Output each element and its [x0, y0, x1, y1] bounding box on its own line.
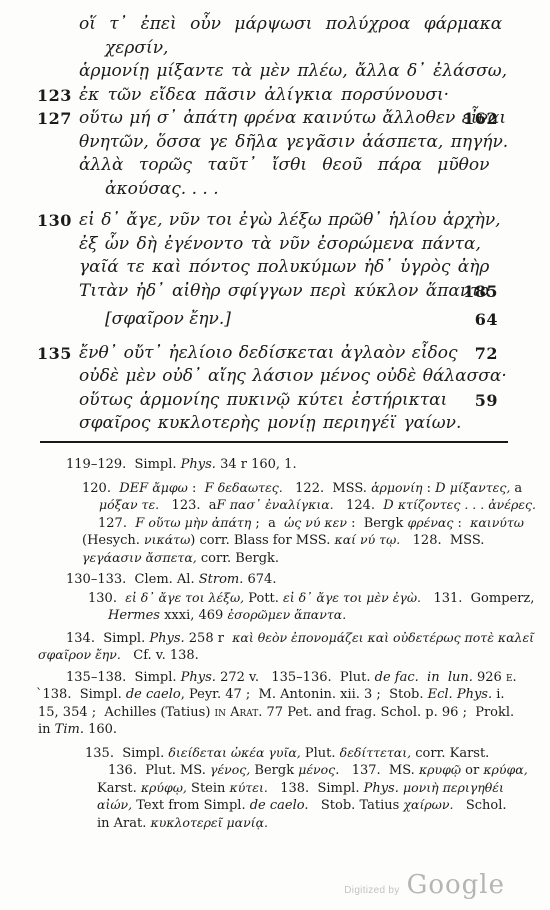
book-page: οἵ τ᾽ ἐπεὶ οὖν μάρψωσι πολύχροα φάρμακαχ… — [0, 0, 550, 910]
apparatus-run: μίξαντες, — [450, 480, 511, 495]
apparatus-divider — [40, 441, 508, 443]
verse-text: εἰ δ᾽ ἄγε, νῦν τοι ἐγὼ λέξω πρῶθ᾽ ἡλίου … — [79, 209, 501, 233]
apparatus-run: de caelo. — [250, 798, 309, 813]
apparatus-run: μονιὴ περιγηθέι — [403, 780, 504, 795]
apparatus-run: Plut. — [301, 746, 340, 761]
verse-number-right: 72 — [475, 342, 498, 366]
watermark: Digitized by Google — [344, 870, 505, 900]
apparatus-run: 119–129. Simpl. — [66, 457, 181, 472]
apparatus-run: 130. — [88, 591, 125, 606]
apparatus-run: εἰ δ᾽ ἄγε τοι μὲν ἐγὼ. — [283, 590, 421, 605]
apparatus-run: γένος, — [210, 762, 250, 777]
verse-line: ἐξ ὧν δὴ ἐγένοντο τὰ νῦν ἐσορώμενα πάντα… — [0, 233, 550, 257]
apparatus-line: 127. F οὕτω μὴν ἀπάτη ; a ὡς νύ κεν : Be… — [98, 514, 550, 532]
apparatus-run: 135–138. Simpl. — [66, 670, 181, 685]
apparatus-block: 119–129. Simpl. Phys. 34 r 160, 1.120. D… — [0, 456, 550, 831]
apparatus-run: Pott. — [244, 591, 283, 606]
verse-text: ἐκ τῶν εἴδεα πᾶσιν ἀλίγκια πορσύνουσι· — [79, 84, 449, 108]
apparatus-run: διείδεται ὠκέα γυῖα, — [168, 745, 300, 760]
apparatus-run: corr. Karst. — [411, 746, 489, 761]
apparatus-run: 131. Gomperz, — [421, 591, 534, 606]
verse-line: οἵ τ᾽ ἐπεὶ οὖν μάρψωσι πολύχροα φάρμακα — [0, 13, 550, 37]
apparatus-line: 130–133. Clem. Al. Strom. 674. — [66, 571, 550, 589]
google-logo: Google — [407, 870, 505, 900]
apparatus-run: Phys. — [181, 670, 216, 685]
apparatus-run: 77 Pet. and frag. Schol. p. 96 ; Prokl. — [262, 705, 514, 720]
apparatus-line: 120. DEF ἄμφω : F δεδαωτες. 122. MSS. ἁρ… — [82, 479, 550, 497]
apparatus-run: corr. Bergk. — [197, 551, 279, 566]
apparatus-run: in Arat. — [215, 705, 263, 720]
verse-number-right: 59 — [475, 389, 498, 413]
apparatus-run: 130–133. Clem. Al. — [66, 572, 199, 587]
verse-line: οὐδὲ μὲν οὐδ᾽ αἴης λάσιον μένος οὐδὲ θάλ… — [0, 365, 550, 389]
verse-text: ἐξ ὧν δὴ ἐγένοντο τὰ νῦν ἐσορώμενα πάντα… — [79, 233, 481, 257]
apparatus-line: (Hesych. νικάτω) corr. Blass for MSS. κα… — [82, 531, 550, 549]
apparatus-run: καὶ θεὸν ἐπονομάζει καὶ οὐδετέρως ποτὲ κ… — [232, 630, 534, 645]
verse-text: ἔνθ᾽ οὔτ᾽ ἠελίοιο δεδίσκεται ἀγλαὸν εἶδο… — [79, 342, 458, 366]
apparatus-run: 15, 354 ; Achilles (Tatius) — [38, 705, 215, 720]
apparatus-run: μένος — [298, 762, 335, 777]
apparatus-run: κύτει. — [230, 780, 268, 795]
apparatus-run: D — [383, 498, 393, 513]
apparatus-run: ἐσορῶμεν ἅπαντα. — [227, 607, 346, 622]
apparatus-run: Bergk — [250, 763, 298, 778]
apparatus-run: ἄμφω — [152, 480, 188, 495]
verse-text: ἀλλὰ τορῶς ταῦτ᾽ ἴσθι θεοῦ πάρα μῦθον — [79, 154, 489, 178]
apparatus-line: 119–129. Simpl. Phys. 34 r 160, 1. — [66, 456, 550, 474]
verse-line: Τιτὰν ἠδ᾽ αἰθὴρ σφίγγων περὶ κύκλον ἅπαν… — [0, 280, 550, 304]
apparatus-line: ˋ138. Simpl. de caelo, Peyr. 47 ; M. Ant… — [36, 686, 550, 704]
verse-text: οὐδὲ μὲν οὐδ᾽ αἴης λάσιον μένος οὐδὲ θάλ… — [79, 365, 507, 389]
apparatus-run: F — [135, 516, 144, 531]
apparatus-run: Strom. — [199, 572, 244, 587]
verse-text: οἵ τ᾽ ἐπεὶ οὖν μάρψωσι πολύχροα φάρμακα — [79, 13, 502, 37]
verse-text: ἁρμονίῃ μίξαντε τὰ μὲν πλέω, ἄλλα δ᾽ ἐλά… — [79, 60, 507, 84]
apparatus-run: κυκλοτερεῖ μανίᾳ. — [151, 815, 268, 830]
apparatus-run: 258 r — [185, 631, 233, 646]
apparatus-run: εἰ δ᾽ ἄγε τοι λέξω, — [125, 590, 244, 605]
verse-line: ἁρμονίῃ μίξαντε τὰ μὲν πλέω, ἄλλα δ᾽ ἐλά… — [0, 60, 550, 84]
apparatus-run: a — [510, 481, 522, 496]
apparatus-line: 135–138. Simpl. Phys. 272 v. 135–136. Pl… — [66, 669, 550, 687]
apparatus-run: de fac. in lun. — [375, 670, 473, 685]
apparatus-run: ˋ138. Simpl. — [36, 687, 126, 702]
apparatus-run: Stob. Tatius — [309, 798, 404, 813]
verse-text: θνητῶν, ὅσσα γε δῆλα γεγᾶσιν ἀάσπετα, πη… — [79, 131, 508, 155]
apparatus-run: 128. MSS. — [400, 533, 484, 548]
apparatus-run: . 137. MS. — [335, 763, 419, 778]
verse-text: Τιτὰν ἠδ᾽ αἰθὴρ σφίγγων περὶ κύκλον ἅπαν… — [79, 280, 497, 304]
apparatus-run: Text from Simpl. — [132, 798, 250, 813]
apparatus-line: Hermes xxxi, 469 ἐσορῶμεν ἅπαντα. — [108, 606, 550, 624]
apparatus-run: κρυφῷ — [419, 762, 461, 777]
verse-number-left: 123 — [37, 84, 72, 108]
verse-line: 127οὕτω μή σ᾽ ἀπάτη φρένα καινύτω ἄλλοθε… — [0, 107, 550, 131]
apparatus-run: : — [453, 516, 470, 531]
apparatus-run: νικάτω — [144, 532, 190, 547]
apparatus-line: μόξαν τε. 123. aF πασ᾽ ἐναλίγκια. 124. D… — [99, 496, 550, 514]
apparatus-run: e — [506, 670, 513, 685]
apparatus-run: 127. — [98, 516, 135, 531]
apparatus-run: 123. a — [159, 498, 216, 513]
apparatus-run: 135. Simpl. — [85, 746, 168, 761]
verse-text: σφαῖρος κυκλοτερὴς μονίῃ περιηγέϊ γαίων. — [79, 412, 461, 436]
verse-line: 135ἔνθ᾽ οὔτ᾽ ἠελίοιο δεδίσκεται ἀγλαὸν ε… — [0, 342, 550, 366]
verse-line: γαῖά τε καὶ πόντος πολυκύμων ἠδ᾽ ὑγρὸς ἀ… — [0, 256, 550, 280]
apparatus-run: (Hesych. — [82, 533, 144, 548]
verse-text: οὕτω μή σ᾽ ἀπάτη φρένα καινύτω ἄλλοθεν ε… — [79, 107, 506, 131]
apparatus-line: σφαῖρον ἔην. Cf. v. 138. — [38, 646, 550, 664]
apparatus-run: 138. Simpl. — [268, 781, 364, 796]
apparatus-run: DEF — [119, 481, 148, 496]
verse-line: ἀκούσας. . . . — [0, 178, 550, 202]
apparatus-run: , Peyr. 47 ; M. Antonin. xii. 3 ; Stob. — [181, 687, 428, 702]
apparatus-run: πασ᾽ ἐναλίγκια. — [230, 497, 334, 512]
watermark-text: Digitized by — [344, 885, 399, 896]
verse-line: 123ἐκ τῶν εἴδεα πᾶσιν ἀλίγκια πορσύνουσι… — [0, 84, 550, 108]
apparatus-run: : — [423, 481, 436, 496]
verse-line: ἀλλὰ τορῶς ταῦτ᾽ ἴσθι θεοῦ πάρα μῦθον — [0, 154, 550, 178]
verse-text: ἀκούσας. . . . — [79, 178, 219, 202]
verse-block: οἵ τ᾽ ἐπεὶ οὖν μάρψωσι πολύχροα φάρμακαχ… — [0, 13, 550, 436]
verse-number-left: 135 — [37, 342, 72, 366]
apparatus-run: δεδίττεται, — [340, 745, 411, 760]
apparatus-run: 136. Plut. MS. — [108, 763, 210, 778]
verse-line: οὕτως ἁρμονίης πυκινῷ κύτει ἐστήρικται59 — [0, 389, 550, 413]
apparatus-run: δεδαωτες. — [218, 480, 283, 495]
apparatus-run: F — [205, 481, 214, 496]
apparatus-run: in Arat. — [97, 816, 151, 831]
verse-text: γαῖά τε καὶ πόντος πολυκύμων ἠδ᾽ ὑγρὸς ἀ… — [79, 256, 489, 280]
apparatus-run: αἰών, — [97, 797, 132, 812]
apparatus-line: αἰών, Text from Simpl. de caelo. Stob. T… — [97, 796, 550, 814]
verse-line: [σφαῖρον ἔην.]64 — [0, 308, 550, 332]
apparatus-run: κρύφα, — [483, 762, 527, 777]
apparatus-run: 34 r 160, 1. — [216, 457, 297, 472]
apparatus-run: ὡς νύ κεν — [284, 515, 347, 530]
apparatus-run: Tim. — [55, 722, 84, 737]
apparatus-run: or — [461, 763, 483, 778]
verse-text: [σφαῖρον ἔην.] — [79, 308, 231, 332]
apparatus-run: D — [435, 481, 445, 496]
apparatus-run: Phys. — [364, 781, 399, 796]
apparatus-run: φρένας — [408, 515, 454, 530]
apparatus-run: in — [38, 722, 55, 737]
apparatus-run: ἁρμονίη — [371, 480, 422, 495]
apparatus-run: 124. — [334, 498, 384, 513]
verse-text: χερσίν, — [79, 37, 168, 61]
apparatus-line: in Tim. 160. — [38, 721, 550, 739]
apparatus-run: 926 — [473, 670, 506, 685]
verse-number-right: 64 — [475, 308, 498, 332]
apparatus-run: Phys. — [181, 457, 216, 472]
apparatus-run: 122. MSS. — [283, 481, 371, 496]
apparatus-run: ) corr. Blass for MSS. — [190, 533, 334, 548]
apparatus-run: κτίζοντες . . . ἀνέρες. — [398, 497, 536, 512]
apparatus-run: : Bergk — [347, 516, 408, 531]
apparatus-line: 15, 354 ; Achilles (Tatius) in Arat. 77 … — [38, 704, 550, 722]
apparatus-line: 135. Simpl. διείδεται ὠκέα γυῖα, Plut. δ… — [85, 744, 550, 762]
apparatus-run: σφαῖρον ἔην. — [38, 647, 121, 662]
verse-line: σφαῖρος κυκλοτερὴς μονίῃ περιηγέϊ γαίων. — [0, 412, 550, 436]
apparatus-run: 160. — [84, 722, 117, 737]
apparatus-run: οὕτω μὴν ἀπάτη — [148, 515, 251, 530]
apparatus-run: : — [188, 481, 205, 496]
apparatus-run: de caelo — [126, 687, 181, 702]
apparatus-line: 134. Simpl. Phys. 258 r καὶ θεὸν ἐπονομά… — [66, 629, 550, 647]
apparatus-run: 120. — [82, 481, 119, 496]
apparatus-run: F — [217, 498, 226, 513]
apparatus-run: 272 v. 135–136. Plut. — [216, 670, 375, 685]
apparatus-run: κρύφῳ, — [141, 780, 187, 795]
apparatus-line: Karst. κρύφῳ, Stein κύτει. 138. Simpl. P… — [97, 779, 550, 797]
apparatus-run: γεγάασιν ἄσπετα, — [82, 550, 197, 565]
apparatus-run: 134. Simpl. — [66, 631, 149, 646]
verse-line: 130εἰ δ᾽ ἄγε, νῦν τοι ἐγὼ λέξω πρῶθ᾽ ἡλί… — [0, 209, 550, 233]
apparatus-run: χαίρων. — [403, 797, 453, 812]
apparatus-line: 136. Plut. MS. γένος, Bergk μένος. 137. … — [108, 761, 550, 779]
apparatus-line: γεγάασιν ἄσπετα, corr. Bergk. — [82, 549, 550, 567]
apparatus-run: Karst. — [97, 781, 141, 796]
verse-number-right: 185 — [463, 280, 498, 304]
apparatus-run: Stein — [187, 781, 230, 796]
verse-number-right: 162 — [463, 107, 498, 131]
apparatus-run: i. — [492, 687, 504, 702]
apparatus-line: in Arat. κυκλοτερεῖ μανίᾳ. — [97, 814, 550, 832]
apparatus-run: 674. — [243, 572, 276, 587]
apparatus-run: καινύτω — [470, 515, 524, 530]
apparatus-run: xxxi, 469 — [160, 608, 228, 623]
apparatus-run: Ecl. Phys. — [428, 687, 492, 702]
apparatus-run: καί νύ τῳ. — [335, 532, 401, 547]
verse-text: οὕτως ἁρμονίης πυκινῷ κύτει ἐστήρικται — [79, 389, 447, 413]
verse-line: χερσίν, — [0, 37, 550, 61]
apparatus-run: . — [513, 670, 517, 685]
apparatus-run: ; a — [251, 516, 284, 531]
verse-number-left: 127 — [37, 107, 72, 131]
apparatus-line: 130. εἰ δ᾽ ἄγε τοι λέξω, Pott. εἰ δ᾽ ἄγε… — [88, 589, 550, 607]
verse-line: θνητῶν, ὅσσα γε δῆλα γεγᾶσιν ἀάσπετα, πη… — [0, 131, 550, 155]
apparatus-run: Cf. v. 138. — [121, 648, 199, 663]
apparatus-run: Schol. — [453, 798, 506, 813]
verse-number-left: 130 — [37, 209, 72, 233]
apparatus-run: Hermes — [108, 608, 160, 623]
apparatus-run: Phys. — [149, 631, 184, 646]
apparatus-run: μόξαν τε. — [99, 497, 159, 512]
